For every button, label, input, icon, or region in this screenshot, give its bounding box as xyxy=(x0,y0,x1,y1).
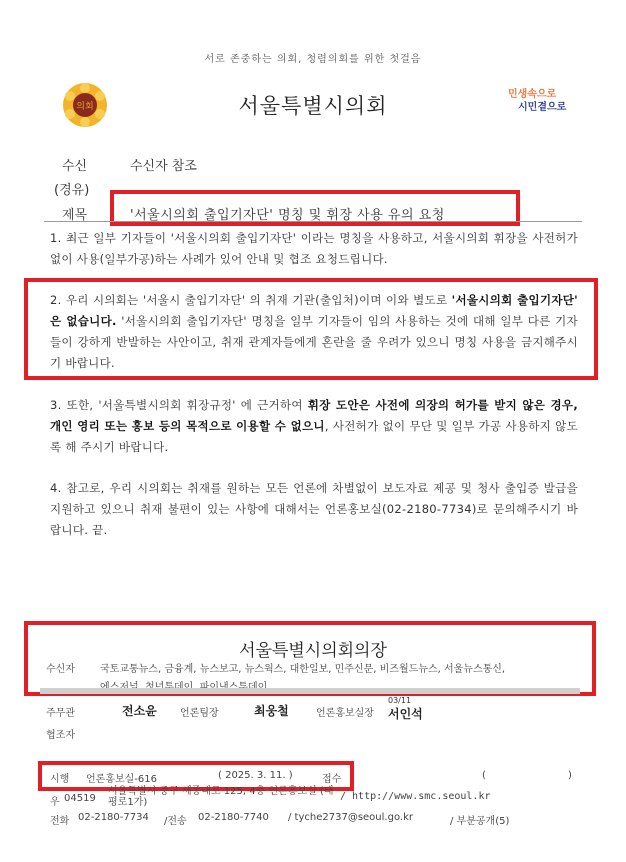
email-link[interactable]: / tyche2737@seoul.go.kr xyxy=(288,812,413,823)
recipients-label: 수신자 xyxy=(46,660,75,675)
approval-name-2: 최웅철 xyxy=(254,702,289,719)
header-divider xyxy=(44,221,582,222)
motto: 서로 존중하는 의회, 청렴의회를 위한 첫걸음 xyxy=(0,50,626,65)
fax-label: /전송 xyxy=(164,812,187,827)
paragraph-4: 4. 참고로, 우리 시의회는 취재를 원하는 모든 언론에 차별없이 보도자료… xyxy=(50,478,578,541)
sender-name: 서울특별시의회의장 xyxy=(0,636,626,661)
signature-gray-bar xyxy=(40,688,580,694)
address-line2: 평로1가) xyxy=(108,797,333,808)
paragraph-3-number: 3. xyxy=(50,398,62,412)
postal-label: 우 xyxy=(50,793,60,808)
address: 서울특별시 중구 세종대로 125, 4층 언론홍보실 (태 평로1가) xyxy=(108,786,333,808)
approval-role-1: 주무관 xyxy=(46,704,75,719)
paragraph-1-number: 1. xyxy=(50,231,62,245)
recipient-label: 수신 xyxy=(62,155,87,174)
paragraph-2-text-cont: '서울시의회 출입기자단' 명칭을 일부 기자들이 임의 사용하는 것에 대해 … xyxy=(50,314,578,370)
address-line1: 서울특별시 중구 세종대로 125, 4층 언론홍보실 (태 xyxy=(108,786,333,797)
receive-close: ) xyxy=(568,770,572,781)
recipients-line1: 국토교통뉴스, 금융계, 뉴스보고, 뉴스웍스, 대한일보, 민주신문, 비즈월… xyxy=(100,660,590,675)
paragraph-2-text: 우리 시의회는 '서울시 출입기자단' 의 취재 기관(출입처)이며 이와 별도… xyxy=(66,293,452,307)
approval-name-1: 전소윤 xyxy=(122,702,157,719)
website-link[interactable]: / http://www.smc.seoul.kr xyxy=(340,791,491,802)
cooperator-label: 협조자 xyxy=(46,726,75,741)
recipient-value: 수신자 참조 xyxy=(130,155,197,174)
paragraph-2: 2. 우리 시의회는 '서울시 출입기자단' 의 취재 기관(출입처)이며 이와… xyxy=(50,290,578,374)
enforce-label: 시행 xyxy=(50,770,69,785)
approval-date-3: 03/11 xyxy=(388,696,411,705)
paragraph-2-number: 2. xyxy=(50,293,62,307)
fax-number: 02-2180-7740 xyxy=(198,812,269,823)
approval-name-3: 서인석 xyxy=(388,705,423,722)
paragraph-4-text: 참고로, 우리 시의회는 취재를 원하는 모든 언론에 차별없이 보도자료 제공… xyxy=(50,481,578,537)
enforce-number: 언론홍보실-616 xyxy=(86,770,157,785)
paragraph-3-text: 또한, '서울특별시의회 휘장규정' 에 근거하여 xyxy=(67,398,308,412)
approval-role-2: 언론팀장 xyxy=(180,704,219,719)
phone-label: 전화 xyxy=(50,812,69,827)
slogan-logo-icon: 민생속으로 시민곁으로 xyxy=(508,88,578,122)
receive-label: 접수 xyxy=(322,770,341,785)
enforce-date: ( 2025. 3. 11. ) xyxy=(218,770,293,781)
paragraph-1: 1. 최근 일부 기자들이 '서울시의회 출입기자단' 이라는 명칭을 사용하고… xyxy=(50,228,578,270)
paragraph-3: 3. 또한, '서울특별시의회 휘장규정' 에 근거하여 휘장 도안은 사전에 … xyxy=(50,395,578,458)
receive-open: ( xyxy=(482,770,486,781)
approval-role-3: 언론홍보실장 xyxy=(316,704,374,719)
slogan-line1: 민생속으로 xyxy=(508,88,578,101)
postal-code: 04519 xyxy=(64,793,96,804)
via-label: (경유) xyxy=(54,179,89,198)
phone-number: 02-2180-7734 xyxy=(78,812,149,823)
paragraph-4-number: 4. xyxy=(50,481,62,495)
paragraph-1-text: 최근 일부 기자들이 '서울시의회 출입기자단' 이라는 명칭을 사용하고, 서… xyxy=(50,231,578,266)
disclosure-status: / 부분공개(5) xyxy=(450,812,509,827)
slogan-line2: 시민곁으로 xyxy=(508,101,578,114)
